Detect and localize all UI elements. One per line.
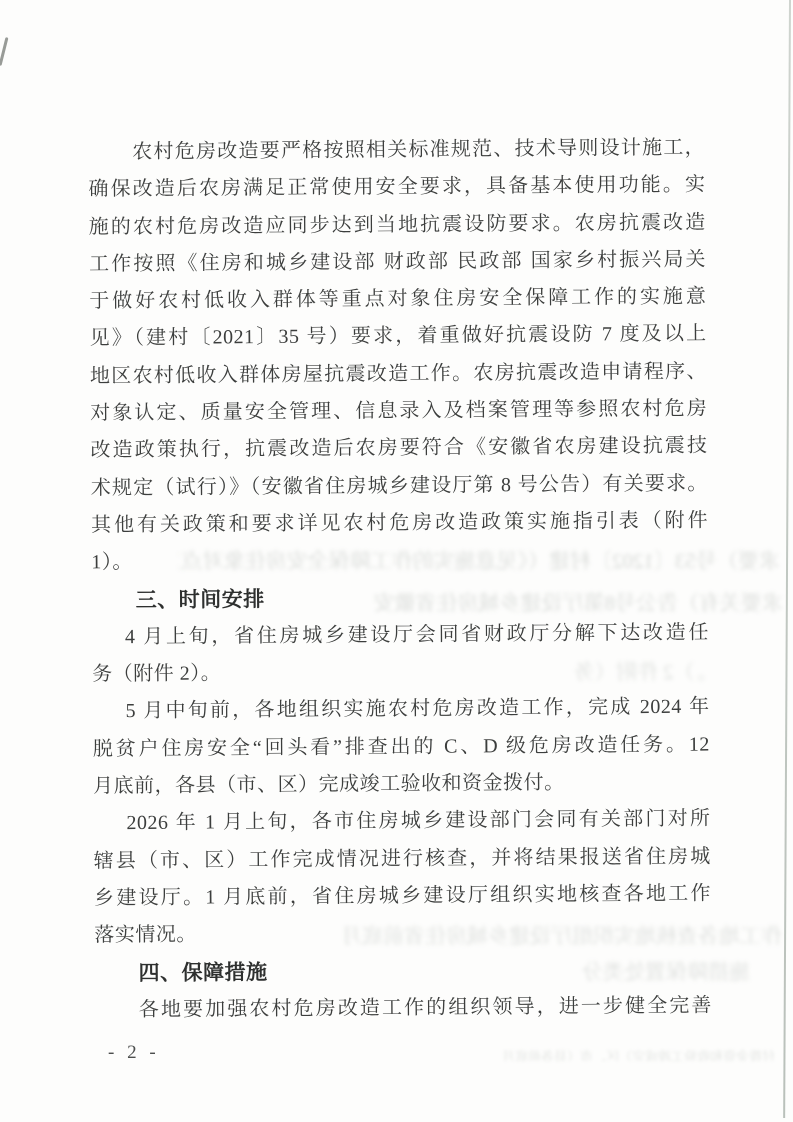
- body-line: 各地要加强农村危房改造工作的组织领导，进一步健全完善: [95, 987, 712, 1029]
- body-line: 其他有关政策和要求详见农村危房改造政策实施指引表（附件: [91, 503, 708, 545]
- section-heading-safeguard-measures: 四、保障措施: [94, 950, 711, 992]
- body-line: 地区农村低收入群体房屋抗震改造工作。农房抗震改造申请程序、: [90, 353, 707, 395]
- body-line: 乡建设厅。1 月底前，省住房城乡建设厅组织实地核查各地工作: [94, 875, 711, 917]
- body-line: 落实情况。: [94, 913, 711, 955]
- body-line: 4 月上旬，省住房城乡建设厅会同省财政厅分解下达改造任: [92, 614, 709, 656]
- body-line: 对象认定、质量安全管理、信息录入及档案管理等参照农村危房: [90, 391, 707, 433]
- body-line: 脱贫户住房安全“回头看”排查出的 C、D 级危房改造任务。12: [93, 726, 710, 768]
- body-line: 农村危房改造要严格按照相关标准规范、技术导则设计施工，: [88, 130, 705, 172]
- body-line: 5 月中旬前，各地组织实施农村危房改造工作，完成 2024 年: [92, 689, 709, 731]
- body-line: 辖县（市、区）工作完成情况进行核查，并将结果报送省住房城: [94, 838, 711, 880]
- body-line: 1）。: [91, 540, 708, 582]
- bleedthrough-text: 付拨金资和收验工竣成完）区、市（县各前底月: [175, 1045, 775, 1061]
- body-line: 施的农村危房改造应同步达到当地抗震设防要求。农房抗震改造: [89, 204, 706, 246]
- section-heading-time-schedule: 三、时间安排: [92, 577, 709, 619]
- body-line: 工作按照《住房和城乡建设部 财政部 民政部 国家乡村振兴局关: [89, 241, 706, 283]
- body-line: 务（附件 2）。: [92, 652, 709, 694]
- body-line: 2026 年 1 月上旬，各市住房城乡建设部门会同有关部门对所: [93, 801, 710, 843]
- scanned-document-page: 求要）号53〔1202〕村建（《见意施实的作工障保全安房住象对点重等 求要关有）…: [0, 0, 793, 1122]
- body-line: 确保改造后农房满足正常使用安全要求，具备基本使用功能。实: [88, 167, 705, 209]
- scan-paper-edge-line: [783, 0, 791, 1118]
- body-line: 月底前，各县（市、区）完成竣工验收和资金拨付。: [93, 764, 710, 806]
- body-line: 见》（建村〔2021〕35 号）要求，着重做好抗震设防 7 度及以上: [89, 316, 706, 358]
- scan-artifact-mark: [0, 37, 8, 66]
- body-line: 改造政策执行，抗震改造后农房要符合《安徽省农房建设抗震技: [90, 428, 707, 470]
- document-body: 农村危房改造要严格按照相关标准规范、技术导则设计施工， 确保改造后农房满足正常使…: [88, 130, 712, 1030]
- page-number: - 2 -: [108, 1042, 160, 1064]
- body-line: 术规定（试行）》（安徽省住房城乡建设厅第 8 号公告）有关要求。: [91, 465, 708, 507]
- body-line: 于做好农村低收入群体等重点对象住房安全保障工作的实施意: [89, 279, 706, 321]
